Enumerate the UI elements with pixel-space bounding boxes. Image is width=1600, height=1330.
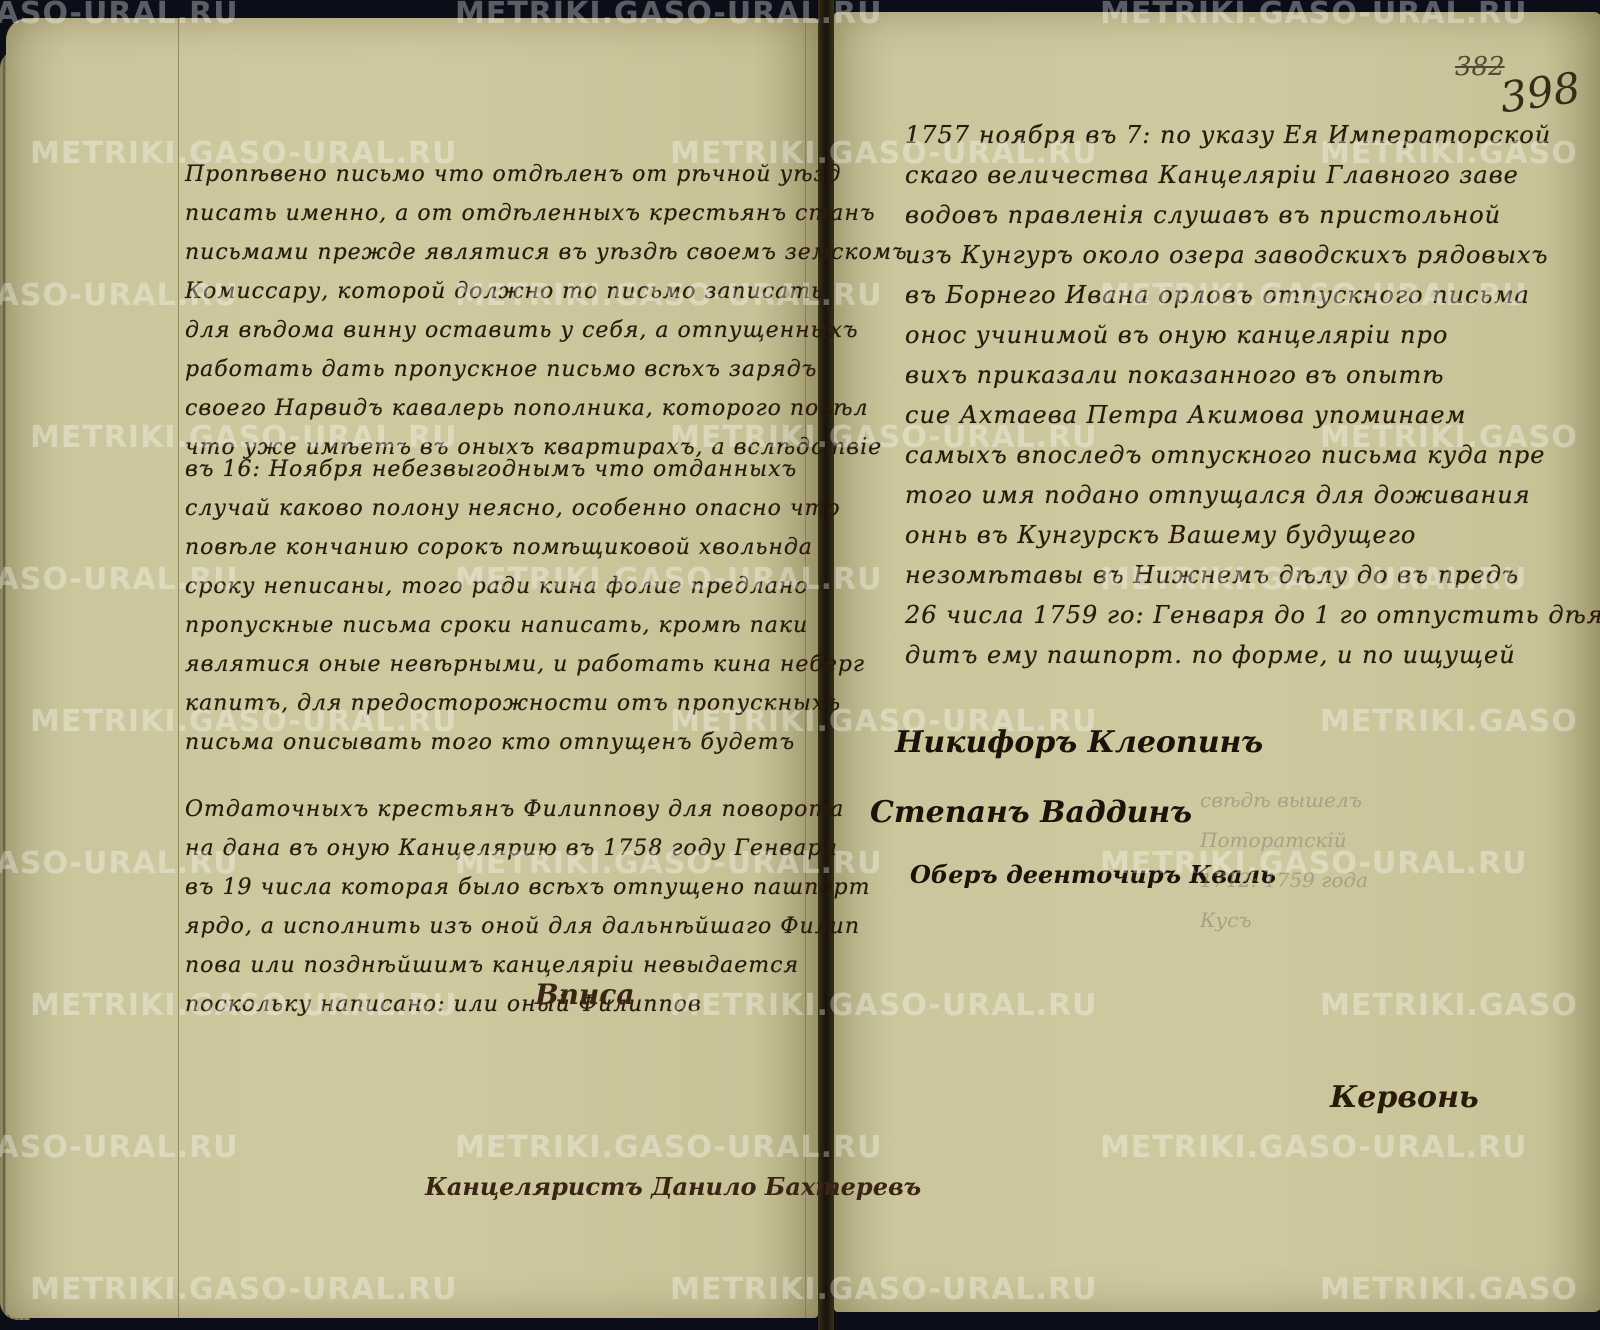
- manuscript-line: пропускные письма сроки написать, кромѣ …: [185, 606, 800, 645]
- manuscript-line: письмами прежде являтися въ уѣздѣ своемъ…: [185, 233, 800, 272]
- left-paragraph-2: въ 16: Ноября небезвыгоднымъ что отданны…: [185, 450, 800, 762]
- manuscript-line: водовъ правленія слушавъ въ пристольной: [905, 195, 1565, 235]
- manuscript-line: письма описывать того кто отпущенъ будет…: [185, 723, 800, 762]
- manuscript-scan: 382 398 Пропѣвено письмо что отдѣленъ от…: [0, 0, 1600, 1330]
- manuscript-line: Пропѣвено письмо что отдѣленъ от рѣчной …: [185, 155, 800, 194]
- manuscript-line: капитъ, для предосторожности отъ пропуск…: [185, 684, 800, 723]
- manuscript-line: случай каково полону неясно, особенно оп…: [185, 489, 800, 528]
- faded-line: Кусъ: [1200, 900, 1368, 940]
- manuscript-line: того имя подано отпущался для доживания: [905, 475, 1565, 515]
- manuscript-line: ярдо, а исполнить изъ оной для дальнѣйша…: [185, 907, 800, 946]
- manuscript-line: Отдаточныхъ крестьянъ Филиппову для пово…: [185, 790, 800, 829]
- manuscript-line: вихъ приказали показанного въ опытѣ: [905, 355, 1565, 395]
- signature-1: Никифоръ Клеопинъ: [895, 725, 1263, 760]
- manuscript-line: работать дать пропускное письмо всѣхъ за…: [185, 350, 800, 389]
- manuscript-line: самыхъ впоследъ отпускного письма куда п…: [905, 435, 1565, 475]
- faded-line: 1712: 1759 года: [1200, 860, 1368, 900]
- signature-2: Степанъ Ваддинъ: [870, 795, 1192, 830]
- manuscript-line: оннь въ Кунгурскъ Вашему будущего: [905, 515, 1565, 555]
- manuscript-line: поскольку написано: или оный Филиппов: [185, 985, 800, 1024]
- manuscript-line: пова или позднѣйшимъ канцеляріи невыдает…: [185, 946, 800, 985]
- manuscript-line: 1757 ноября въ 7: по указу Ея Императорс…: [905, 115, 1565, 155]
- manuscript-line: сие Ахтаева Петра Акимова упоминаем: [905, 395, 1565, 435]
- manuscript-line: скаго величества Канцеляріи Главного зав…: [905, 155, 1565, 195]
- manuscript-line: Комиссару, которой должно то письмо запи…: [185, 272, 800, 311]
- bleedthrough-text: свѣдѣ вышелъ Поторатскій 1712: 1759 года…: [1200, 780, 1368, 940]
- scribe-signature: Вписа: [535, 978, 635, 1011]
- manuscript-line: въ 16: Ноября небезвыгоднымъ что отданны…: [185, 450, 800, 489]
- left-margin-rule: [178, 18, 179, 1318]
- manuscript-line: 26 числа 1759 го: Генваря до 1 го отпуст…: [905, 595, 1565, 635]
- clerk-signature: Канцеляристъ Данило Бахтеревъ: [425, 1172, 921, 1201]
- manuscript-line: дитъ ему пашпорт. по форме, и по ищущей: [905, 635, 1565, 675]
- manuscript-line: изъ Кунгуръ около озера заводскихъ рядов…: [905, 235, 1565, 275]
- bottom-right-signature: Кервонь: [1330, 1080, 1479, 1115]
- manuscript-line: на дана въ оную Канцелярию въ 1758 году …: [185, 829, 800, 868]
- manuscript-line: повѣле кончанию сорокъ помѣщиковой хволь…: [185, 528, 800, 567]
- manuscript-line: писать именно, а от отдѣленныхъ крестьян…: [185, 194, 800, 233]
- manuscript-line: являтися оные невѣрными, и работать кина…: [185, 645, 800, 684]
- faded-line: Поторатскій: [1200, 820, 1368, 860]
- manuscript-line: въ 19 числа которая было всѣхъ отпущено …: [185, 868, 800, 907]
- manuscript-line: незомѣтавы въ Нижнемъ дѣлу до въ предъ: [905, 555, 1565, 595]
- faded-line: свѣдѣ вышелъ: [1200, 780, 1368, 820]
- manuscript-line: въ Борнего Ивана орловъ отпускного письм…: [905, 275, 1565, 315]
- manuscript-line: своего Нарвидъ кавалерь пополника, котор…: [185, 389, 800, 428]
- left-paragraph-3: Отдаточныхъ крестьянъ Филиппову для пово…: [185, 790, 800, 1024]
- left-paragraph-1: Пропѣвено письмо что отдѣленъ от рѣчной …: [185, 155, 800, 467]
- manuscript-line: сроку неписаны, того ради кина фолие пре…: [185, 567, 800, 606]
- right-body-text: 1757 ноября въ 7: по указу Ея Императорс…: [905, 115, 1565, 675]
- manuscript-line: онос учинимой въ оную канцеляріи про: [905, 315, 1565, 355]
- manuscript-line: для вѣдома винну оставить у себя, а отпу…: [185, 311, 800, 350]
